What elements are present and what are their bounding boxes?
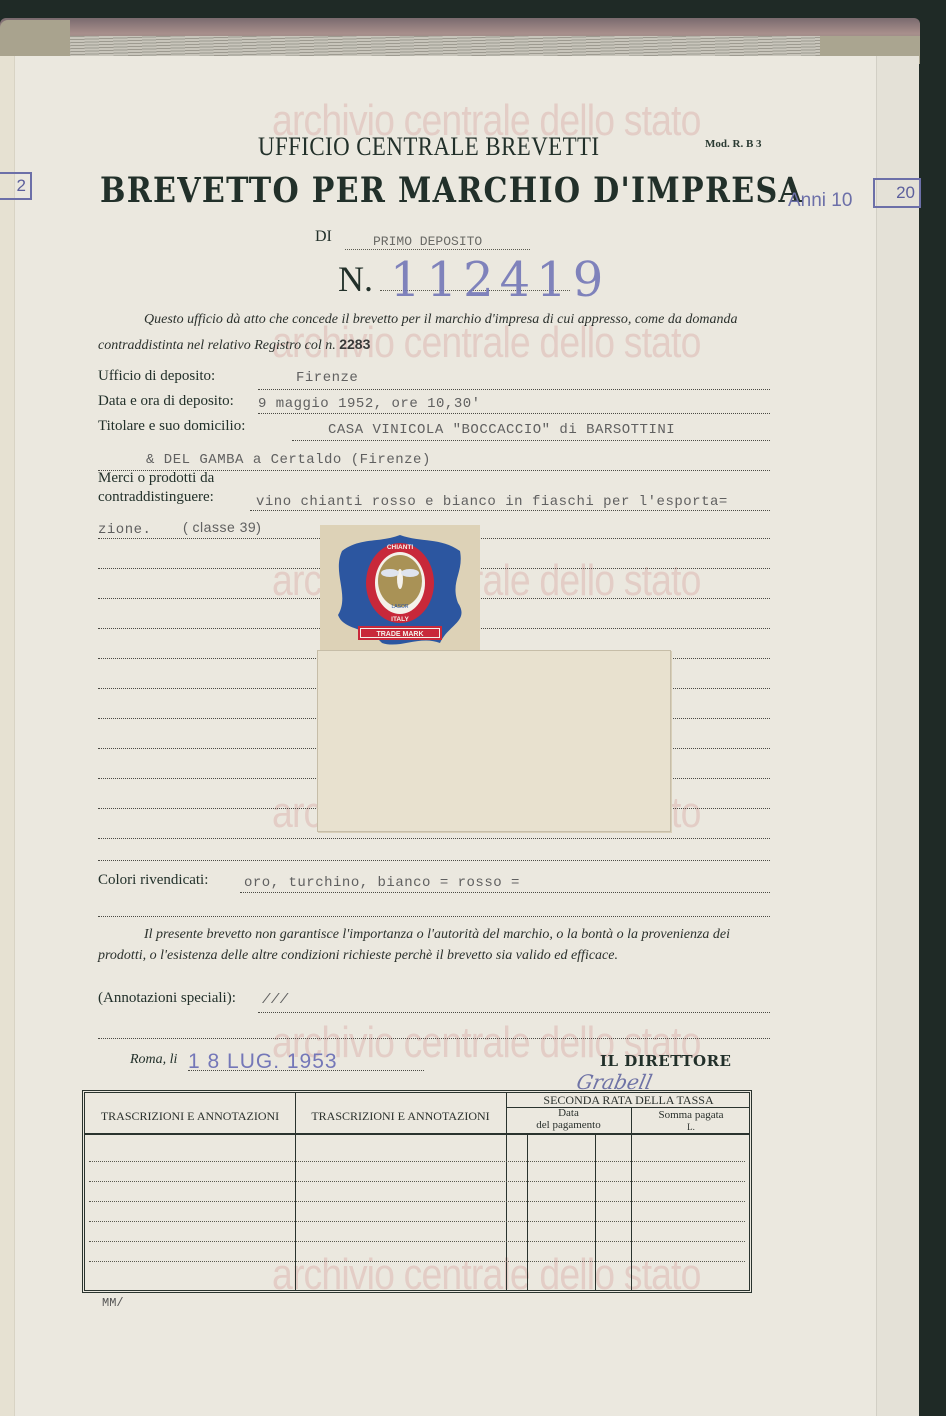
merci-line-1 — [250, 510, 770, 511]
ufficio-line — [258, 389, 770, 390]
data-value: 9 maggio 1952, ore 10,30' — [258, 396, 481, 412]
colori-value: oro, turchino, bianco = rosso = — [244, 875, 520, 891]
register-number: 2283 — [339, 336, 370, 352]
blank-line — [98, 916, 770, 917]
amount-header: Somma pagata — [631, 1109, 751, 1121]
table-row — [89, 1241, 745, 1242]
binding-cloth-left — [0, 20, 70, 60]
ufficio-label: Ufficio di deposito: — [98, 368, 215, 385]
titolare-line-1 — [292, 440, 770, 441]
years-stamp: Anni 10 — [788, 190, 852, 212]
page-right-edge — [876, 56, 919, 1416]
svg-text:CHIANTI: CHIANTI — [387, 544, 414, 551]
table-row — [89, 1261, 745, 1262]
merci-class: ( classe 39) — [183, 519, 261, 535]
annotazioni-value: /// — [262, 992, 289, 1008]
group-header: SECONDA RATA DELLA TASSA — [506, 1093, 751, 1108]
patent-number-stamp: 112419 — [390, 252, 609, 308]
trademark-label-image: LASOR CHIANTI ITALY TRADE MARK — [330, 533, 470, 649]
table-divider — [527, 1133, 528, 1290]
titolare-label: Titolare e suo domicilio: — [98, 418, 245, 435]
page-gutter — [0, 56, 15, 1416]
director-label: IL DIRETTORE — [600, 1052, 731, 1070]
deposit-type: PRIMO DEPOSITO — [345, 234, 530, 250]
colori-line — [240, 892, 770, 893]
annotations-table: TRASCRIZIONI E ANNOTAZIONI TRASCRIZIONI … — [82, 1090, 752, 1293]
header-rule — [85, 1133, 749, 1135]
colori-label: Colori rivendicati: — [98, 872, 208, 889]
office-heading: UFFICIO CENTRALE BREVETTI — [258, 132, 599, 162]
table-row — [89, 1201, 745, 1202]
intro-paragraph: Questo ufficio dà atto che concede il br… — [98, 308, 770, 358]
blank-line — [98, 838, 770, 839]
amount-unit: L. — [631, 1122, 751, 1132]
merci-value-1: vino chianti rosso e bianco in fiaschi p… — [256, 494, 728, 510]
number-label: N. — [338, 258, 373, 300]
svg-text:ITALY: ITALY — [391, 616, 409, 623]
data-line — [258, 413, 770, 414]
date-stamp: 1 8 LUG. 1953 — [188, 1050, 338, 1074]
intro-text: Questo ufficio dà atto che concede il br… — [98, 312, 737, 353]
disclaimer: Il presente brevetto non garantisce l'im… — [98, 924, 770, 966]
document-title: BREVETTO PER MARCHIO D'IMPRESA — [100, 170, 803, 211]
table-row — [89, 1161, 745, 1162]
merci-value-2: zione. — [98, 522, 151, 538]
ufficio-value: Firenze — [296, 370, 358, 386]
merci-label-2: contraddistinguere: — [98, 489, 214, 506]
blank-line — [98, 1038, 770, 1039]
date-header-2: del pagamento — [506, 1119, 631, 1131]
date-header-1: Data — [506, 1107, 631, 1119]
folded-attachment — [317, 650, 671, 832]
data-label: Data e ora di deposito: — [98, 393, 234, 410]
typist-initials: MM/ — [102, 1296, 124, 1310]
di-label: DI — [315, 228, 332, 246]
col-header-2: TRASCRIZIONI E ANNOTAZIONI — [295, 1109, 506, 1124]
page-number-stamp-left: 2 — [0, 172, 32, 200]
annotazioni-line — [258, 1012, 770, 1013]
place-label: Roma, li — [130, 1052, 177, 1068]
svg-text:LASOR: LASOR — [392, 604, 409, 610]
svg-text:TRADE MARK: TRADE MARK — [376, 631, 423, 638]
table-divider — [595, 1133, 596, 1290]
page-number-stamp: 20 — [873, 178, 921, 208]
table-row — [89, 1181, 745, 1182]
titolare-value-1: CASA VINICOLA "BOCCACCIO" di BARSOTTINI — [328, 422, 675, 438]
table-row — [89, 1221, 745, 1222]
annotazioni-label: (Annotazioni speciali): — [98, 990, 236, 1007]
blank-line — [98, 860, 770, 861]
model-code: Mod. R. B 3 — [705, 138, 762, 150]
merci-label-1: Merci o prodotti da — [98, 470, 214, 487]
titolare-value-2: & DEL GAMBA a Certaldo (Firenze) — [146, 452, 431, 468]
col-header-1: TRASCRIZIONI E ANNOTAZIONI — [85, 1109, 295, 1124]
